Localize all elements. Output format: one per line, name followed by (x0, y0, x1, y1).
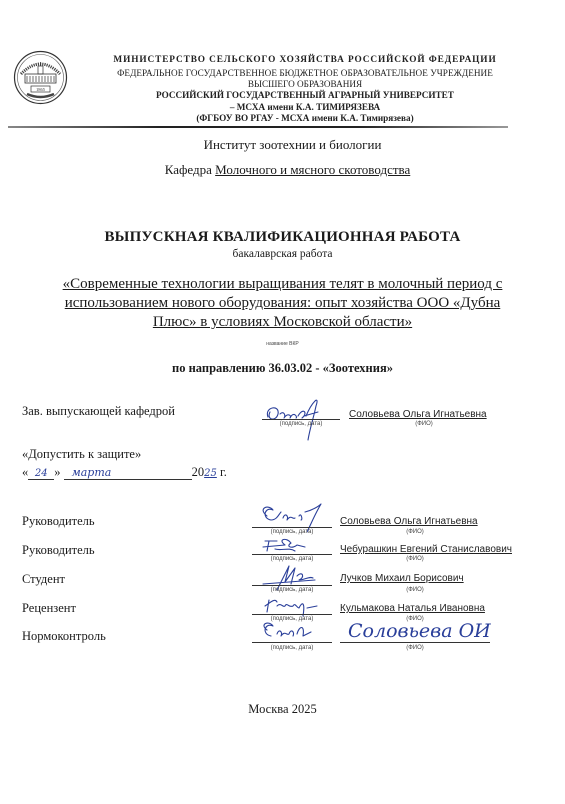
university-abbreviation: (ФГБОУ ВО РГАУ - МСХА имени К.А. Тимиряз… (70, 113, 540, 123)
reviewer-name: Кульмакова Наталья Ивановна (340, 603, 485, 614)
signature-caption: (подпись, дата) (262, 421, 340, 427)
signature-head-of-department-icon (258, 392, 338, 442)
signature-line (252, 554, 332, 555)
department-line: Кафедра Молочного и мясного скотоводства (0, 162, 565, 178)
thesis-title-line-1: «Современные технологии выращивания теля… (63, 276, 503, 292)
co-supervisor-name: Чебурашкин Евгений Станиславович (340, 544, 512, 555)
signature-line (252, 585, 332, 586)
thesis-title: «Современные технологии выращивания теля… (25, 275, 540, 332)
institution-type-continued: ВЫСШЕГО ОБРАЗОВАНИЯ (70, 79, 540, 89)
university-name: РОССИЙСКИЙ ГОСУДАРСТВЕННЫЙ АГРАРНЫЙ УНИВ… (70, 90, 540, 100)
signature-norm-control-icon (255, 618, 335, 644)
name-caption: (ФИО) (340, 587, 490, 593)
name-caption: (ФИО) (340, 556, 490, 562)
norm-control-name-handwritten: Соловьева ОИ (348, 620, 491, 642)
institute-name: Институт зоотехнии и биологии (0, 137, 565, 153)
admission-date: «24» марта2025 г. (22, 465, 227, 480)
ministry-name: МИНИСТЕРСТВО СЕЛЬСКОГО ХОЗЯЙСТВА РОССИЙС… (90, 55, 520, 65)
thesis-title-line-3: Плюс» в условиях Московской области» (153, 314, 412, 330)
name-caption: (ФИО) (340, 529, 490, 535)
name-caption: (ФИО) (349, 421, 499, 427)
header-divider (8, 126, 508, 128)
university-subname: – МСХА имени К.А. ТИМИРЯЗЕВА (70, 102, 540, 112)
role-norm-control-label: Нормоконтроль (22, 629, 106, 644)
head-of-department-name: Соловьева Ольга Игнатьевна (349, 409, 487, 420)
institution-type: ФЕДЕРАЛЬНОЕ ГОСУДАРСТВЕННОЕ БЮДЖЕТНОЕ ОБ… (70, 68, 540, 78)
role-supervisor-label: Руководитель (22, 514, 95, 529)
role-reviewer-label: Рецензент (22, 601, 76, 616)
role-co-supervisor-label: Руководитель (22, 543, 95, 558)
name-line (340, 642, 490, 643)
signature-line (262, 419, 340, 420)
admission-year: 25 (204, 468, 217, 479)
thesis-title-line-2: использованием нового оборудования: опыт… (65, 295, 501, 311)
study-direction: по направлению 36.03.02 - «Зоотехния» (0, 361, 565, 376)
signature-caption: (подпись, дата) (252, 587, 332, 593)
thesis-title-caption: название ВКР (0, 341, 565, 347)
city-year: Москва 2025 (0, 702, 565, 717)
department-name: Молочного и мясного скотоводства (215, 162, 410, 177)
signature-line (252, 642, 332, 643)
signature-line (252, 614, 332, 615)
signature-co-supervisor-icon (255, 535, 335, 555)
student-name: Лучков Михаил Борисович (340, 573, 464, 584)
work-level: бакалаврская работа (0, 248, 565, 260)
department-prefix: Кафедра (165, 162, 212, 177)
signature-caption: (подпись, дата) (252, 645, 332, 651)
admission-month: марта (64, 466, 192, 480)
work-type-heading: ВЫПУСКНАЯ КВАЛИФИКАЦИОННАЯ РАБОТА (0, 229, 565, 246)
role-student-label: Студент (22, 572, 65, 587)
signature-line (252, 527, 332, 528)
university-emblem-icon: 1865 (13, 50, 68, 105)
supervisor-name: Соловьева Ольга Игнатьевна (340, 516, 478, 527)
svg-text:1865: 1865 (36, 87, 46, 92)
admission-day: 24 (28, 468, 54, 480)
head-of-department-label: Зав. выпускающей кафедрой (22, 404, 175, 419)
name-caption: (ФИО) (340, 645, 490, 651)
admission-label: «Допустить к защите» (22, 447, 141, 462)
